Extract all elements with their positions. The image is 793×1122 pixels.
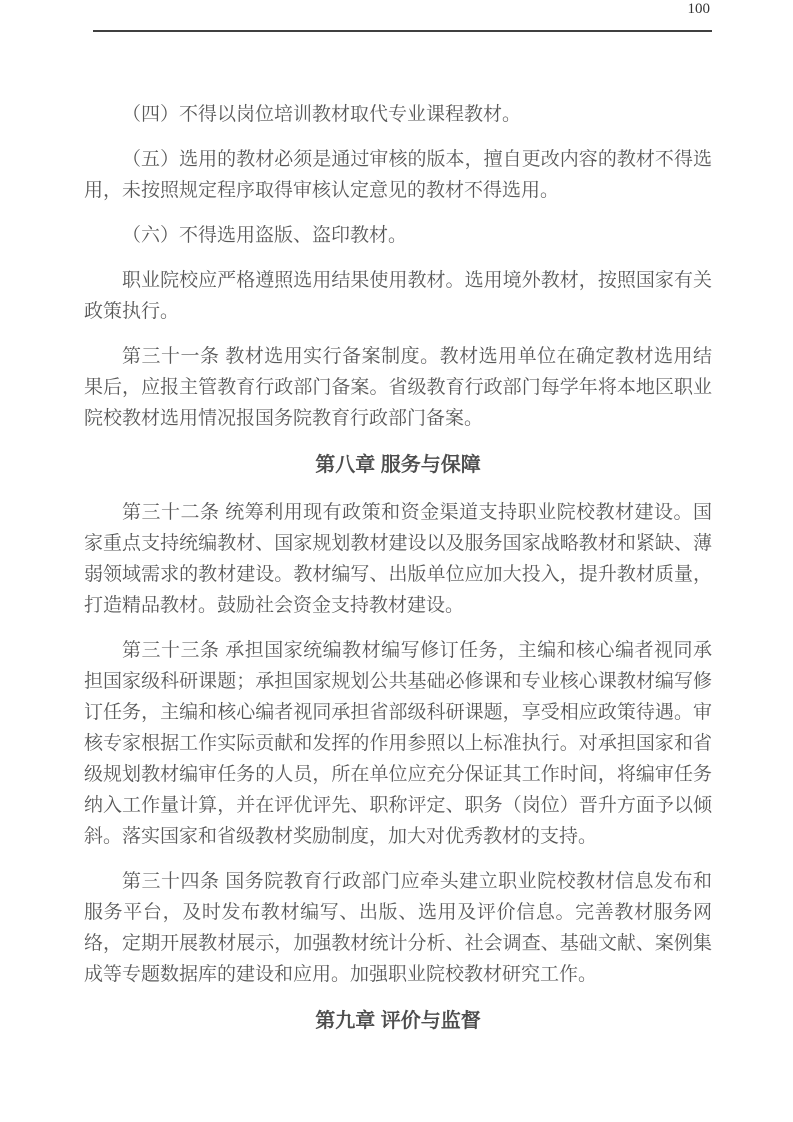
chapter-heading: 第八章 服务与保障 (84, 450, 712, 481)
body-paragraph: （五）选用的教材必须是通过审核的版本，擅自更改内容的教材不得选用，未按照规定程序… (84, 144, 712, 206)
body-paragraph: 第三十二条 统筹利用现有政策和资金渠道支持职业院校教材建设。国家重点支持统编教材… (84, 497, 712, 621)
body-paragraph: 第三十一条 教材选用实行备案制度。教材选用单位在确定教材选用结果后，应报主管教育… (84, 341, 712, 434)
document-body: （四）不得以岗位培训教材取代专业课程教材。（五）选用的教材必须是通过审核的版本，… (84, 32, 712, 1053)
chapter-heading: 第九章 评价与监督 (84, 1006, 712, 1037)
body-paragraph: 第三十四条 国务院教育行政部门应牵头建立职业院校教材信息发布和服务平台，及时发布… (84, 866, 712, 990)
body-paragraph: （六）不得选用盗版、盗印教材。 (84, 220, 712, 251)
body-paragraph: 职业院校应严格遵照选用结果使用教材。选用境外教材，按照国家有关政策执行。 (84, 265, 712, 327)
page-number: 100 (688, 1, 711, 18)
body-paragraph: 第三十三条 承担国家统编教材编写修订任务，主编和核心编者视同承担国家级科研课题；… (84, 635, 712, 852)
body-paragraph: （四）不得以岗位培训教材取代专业课程教材。 (84, 99, 712, 130)
document-page: 100 （四）不得以岗位培训教材取代专业课程教材。（五）选用的教材必须是通过审核… (0, 0, 793, 1122)
